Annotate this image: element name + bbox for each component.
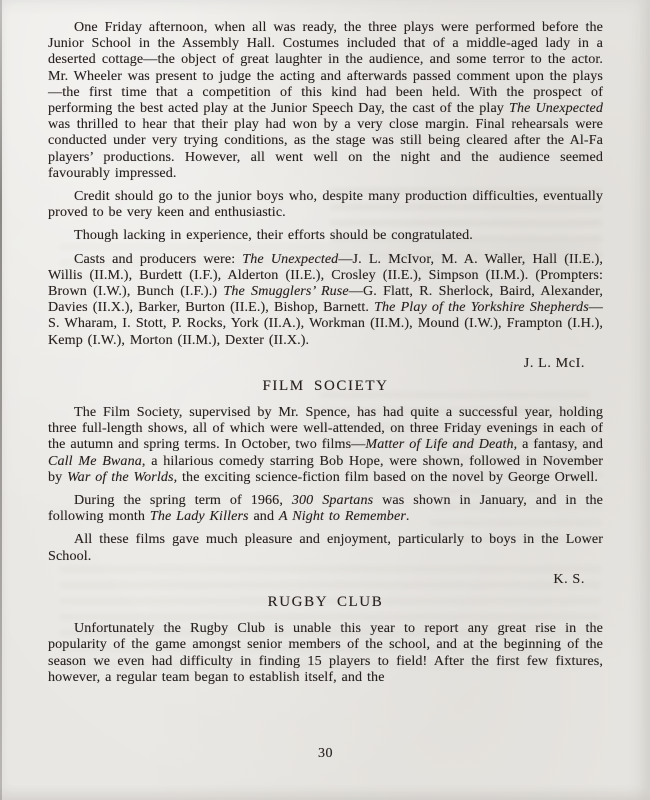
text-run: . <box>406 508 410 524</box>
paragraph: All these films gave much pleasure and e… <box>48 531 603 563</box>
italic-title: War of the Worlds <box>67 469 173 485</box>
signature-initials: K. S. <box>48 571 603 587</box>
text-run: Though lacking in experience, their effo… <box>74 227 473 243</box>
text-run: , the exciting science-fiction film base… <box>174 469 598 485</box>
paragraph: During the spring term of 1966, 300 Spar… <box>48 492 603 524</box>
scanned-book-page: One Friday afternoon, when all was ready… <box>0 0 650 800</box>
section-rugby-club: RUGBY CLUBUnfortunately the Rugby Club i… <box>48 594 603 685</box>
page-number: 30 <box>48 746 603 762</box>
section-heading: FILM SOCIETY <box>48 378 603 395</box>
scan-edge-shadow <box>0 0 2 800</box>
italic-title: 300 Spartans <box>292 492 373 508</box>
section-heading: RUGBY CLUB <box>48 594 603 611</box>
italic-title: The Lady Killers <box>150 508 249 524</box>
italic-title: A Night to Remember <box>279 508 406 524</box>
text-run: All these films gave much pleasure and e… <box>48 531 603 563</box>
text-run: During the spring term of 1966, <box>74 492 292 508</box>
text-run: Casts and producers were: <box>74 251 242 267</box>
italic-title: The Unexpected <box>242 251 338 267</box>
page-content: One Friday afternoon, when all was ready… <box>48 19 603 692</box>
text-run: , a fantasy, and <box>514 436 603 452</box>
paragraph: Casts and producers were: The Unexpected… <box>48 251 603 348</box>
section-film-society: FILM SOCIETYThe Film Society, supervised… <box>48 378 603 587</box>
paragraph: Credit should go to the junior boys who,… <box>48 188 603 220</box>
italic-title: The Smugglers’ Ruse <box>223 283 348 299</box>
section-junior-plays-report: One Friday afternoon, when all was ready… <box>48 19 603 371</box>
italic-title: Matter of Life and Death <box>365 436 513 452</box>
text-run: Credit should go to the junior boys who,… <box>48 188 603 220</box>
text-run: was thrilled to hear that their play had… <box>48 116 603 181</box>
italic-title: The Unexpected <box>509 100 603 116</box>
signature-initials: J. L. McI. <box>48 355 603 371</box>
text-run: Unfortunately the Rugby Club is unable t… <box>48 620 603 685</box>
italic-title: Call Me Bwana <box>48 453 142 469</box>
paragraph: The Film Society, supervised by Mr. Spen… <box>48 404 603 485</box>
paragraph: One Friday afternoon, when all was ready… <box>48 19 603 181</box>
paragraph: Though lacking in experience, their effo… <box>48 227 603 243</box>
text-run: and <box>249 508 279 524</box>
italic-title: The Play of the Yorkshire Shepherds <box>374 299 589 315</box>
paragraph: Unfortunately the Rugby Club is unable t… <box>48 620 603 685</box>
